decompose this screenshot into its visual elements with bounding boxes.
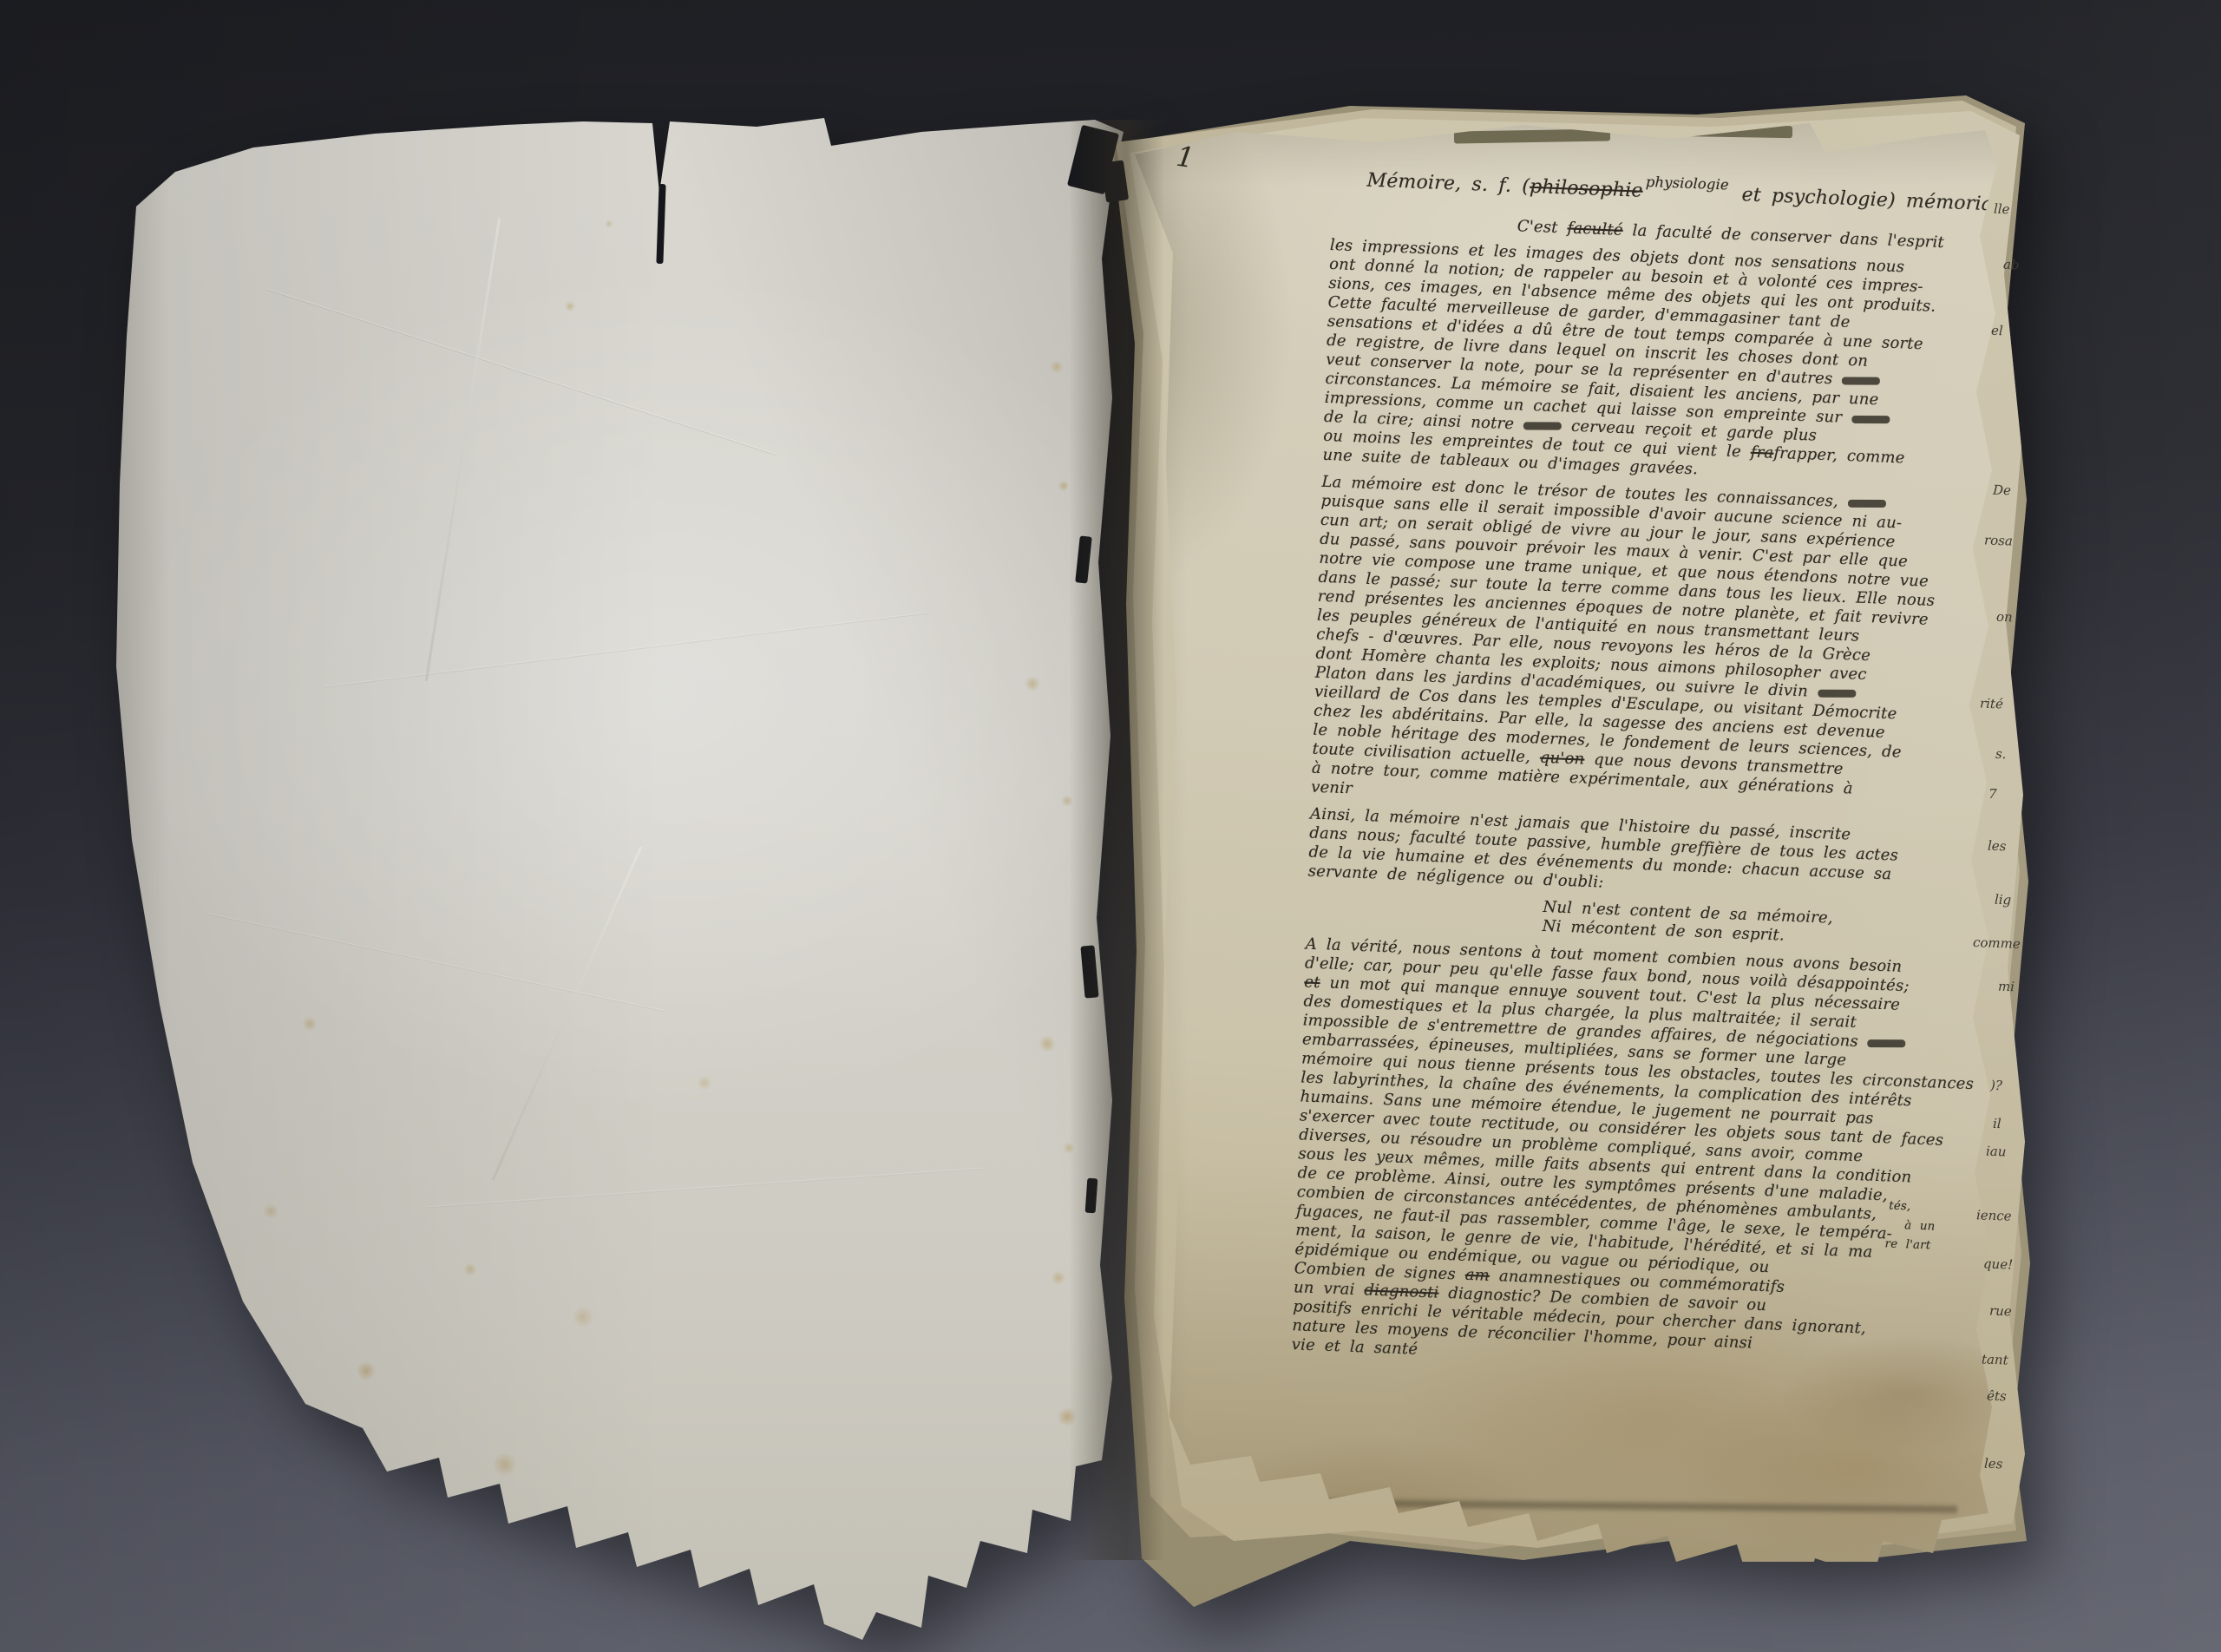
manuscript-line: Mémoire, s. f. (philosophiephysiologie e… — [1366, 172, 1991, 215]
manuscript-block-para: Ainsi, la mémoire n'est jamais que l'his… — [1307, 805, 1969, 907]
manuscript-block-verse: Nul n'est content de sa mémoire,Ni mécon… — [1542, 898, 1966, 953]
manuscript-block-para: A la vérité, nous sentons à tout moment … — [1291, 934, 1964, 1380]
photo-canvas: 1 Mémoire, s. f. (philosophiephysiologie… — [0, 0, 2221, 1652]
manuscript-block-title: Mémoire, s. f. (philosophiephysiologie e… — [1366, 172, 1991, 215]
right-stack-shadow: 1 Mémoire, s. f. (philosophiephysiologie… — [0, 0, 2221, 1652]
manuscript-block-para: La mémoire est donc le trésor de toutes … — [1311, 473, 1981, 823]
manuscript-block-para: les impressions et les images des objets… — [1322, 236, 1989, 490]
quire-edge-strip — [1454, 128, 1610, 143]
manuscript-text: Mémoire, s. f. (philosophiephysiologie e… — [1291, 170, 1991, 1387]
right-page: 1 Mémoire, s. f. (philosophiephysiologie… — [1116, 115, 2018, 1562]
